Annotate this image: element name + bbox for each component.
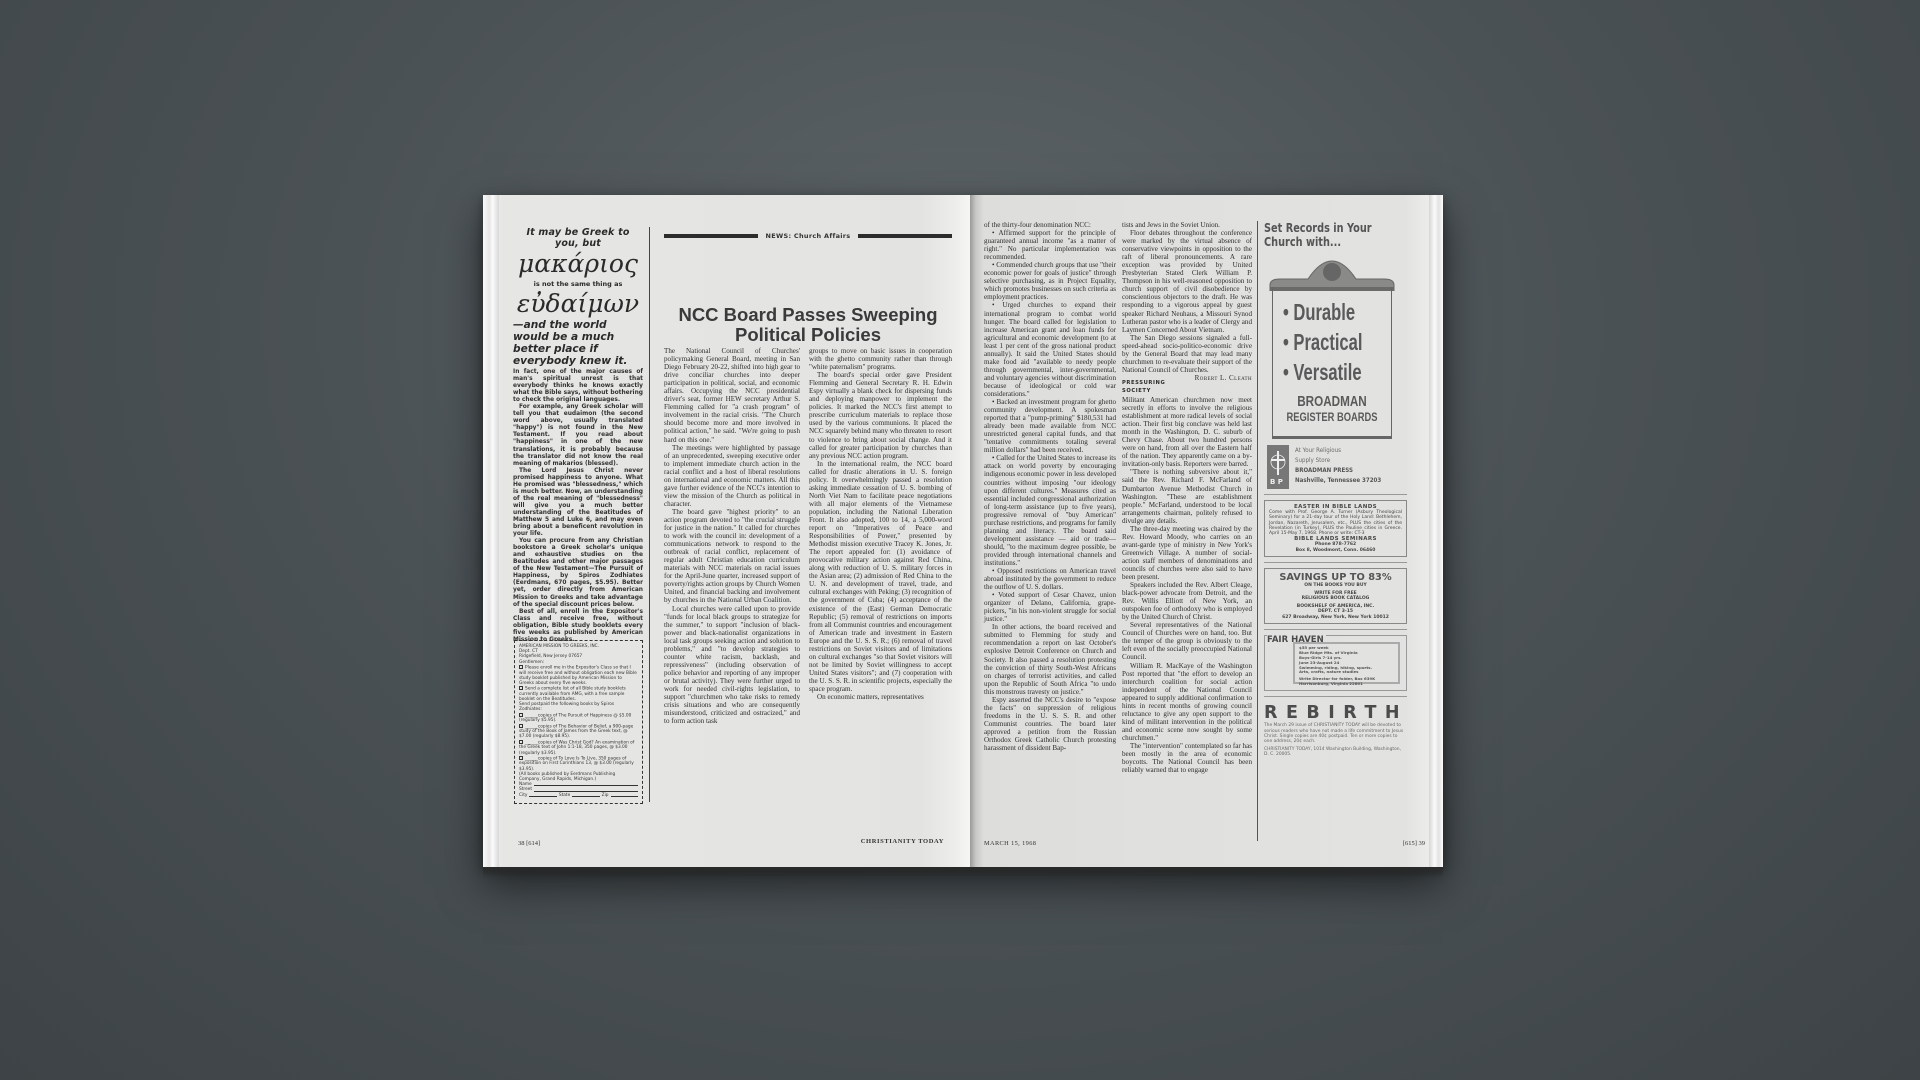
paragraph: Floor debates throughout the conference … <box>1122 229 1252 334</box>
paragraph: In other actions, the board received and… <box>984 623 1116 695</box>
book-text: ______copies of The Behavior of Belief, … <box>519 724 633 739</box>
coupon-books-intro: Send postpaid the following books by Spi… <box>519 702 638 712</box>
press-name: BROADMAN PRESS <box>1295 466 1353 474</box>
board-crest-icon <box>1268 257 1396 291</box>
broadman-press-logo: B P <box>1267 445 1289 489</box>
article-column-3: of the thirty-four denomination NCC: • A… <box>984 221 1116 752</box>
paragraph: "There is nothing subversive about it," … <box>1122 468 1252 524</box>
bullet-paragraph: • Backed an investment program for ghett… <box>984 398 1116 454</box>
field-label: Zip <box>602 793 609 798</box>
paragraph: tists and Jews in the Soviet Union. <box>1122 221 1252 229</box>
broadman-store-info: B P At Your Religious Supply Store BROAD… <box>1267 445 1407 489</box>
ad-rebirth: REBIRTH The March 29 issue of CHRISTIANI… <box>1264 703 1407 757</box>
field-label: City <box>519 793 527 798</box>
paragraph: On economic matters, representatives <box>809 693 952 701</box>
option-text: Please enroll me in the Expositor's Clas… <box>519 665 637 686</box>
greek-word-makarios: μακάριος <box>513 249 643 279</box>
coupon-option-enroll: Please enroll me in the Expositor's Clas… <box>519 665 638 686</box>
byline: Robert L. Cleath <box>1187 374 1252 382</box>
ad-body: Come with Prof. George A. Turner (Asbury… <box>1269 510 1402 536</box>
paragraph: The meetings were highlighted by passage… <box>664 444 800 508</box>
article-column-2: groups to move on basic issues in cooper… <box>809 347 952 701</box>
ad-tagline: It may be Greek to you, but <box>513 227 643 249</box>
ad-sub: ON THE BOOKS YOU BUY <box>1269 583 1402 589</box>
ad-paragraph: For example, any Greek scholar will tell… <box>513 404 643 467</box>
brand-product: REGISTER BOARDS <box>1286 410 1378 424</box>
checkbox-icon <box>519 724 523 728</box>
ad-headline: SAVINGS UP TO 83% <box>1269 572 1402 583</box>
section-label: NEWS: Church Affairs <box>766 232 851 240</box>
coupon-book-1: ______copies of The Pursuit of Happiness… <box>519 713 638 724</box>
page-edge-left <box>483 195 499 867</box>
page-folio-right: [615] 39 <box>1403 840 1425 847</box>
page-edge-right <box>1429 195 1443 867</box>
ad-title: REBIRTH <box>1264 703 1407 723</box>
ad-emphasis: —and the world would be a much better pl… <box>513 319 643 367</box>
press-address: Nashville, Tennessee 37203 <box>1295 476 1381 484</box>
issue-date: MARCH 15, 1968 <box>984 840 1036 847</box>
paragraph: William R. MacKaye of the Washington Pos… <box>1122 662 1252 742</box>
running-footer-title: CHRISTIANITY TODAY <box>861 838 944 845</box>
coupon-city-line: CityStateZip <box>519 793 638 798</box>
divider <box>1264 562 1407 563</box>
divider <box>1264 494 1407 495</box>
column-divider <box>649 227 650 802</box>
rule-bar <box>858 234 952 238</box>
article-column-1: The National Council of Churches' policy… <box>664 347 800 725</box>
store-line: At Your Religious <box>1295 445 1381 455</box>
book-text: ______copies of The Pursuit of Happiness… <box>519 713 631 723</box>
ad-paragraph: You can procure from any Christian books… <box>513 538 643 608</box>
ad-paragraph: The Lord Jesus Christ never promised hap… <box>513 468 643 538</box>
ad-easter-bible-lands: EASTER IN BIBLE LANDS Come with Prof. Ge… <box>1264 500 1407 557</box>
spread-shadow <box>483 867 1443 877</box>
board-panel: • Durable • Practical • Versatile BROADM… <box>1272 287 1392 439</box>
paragraph: The "intervention" contemplated so far h… <box>1122 742 1252 774</box>
magazine-spread: It may be Greek to you, but μακάριος is … <box>483 195 1443 867</box>
feature-text: Practical <box>1293 329 1362 355</box>
ad-title: Church with... <box>1264 235 1376 249</box>
paragraph: The three-day meeting was chaired by the… <box>1122 525 1252 581</box>
paragraph: Several representatives of the National … <box>1122 621 1252 661</box>
bullet-paragraph: • Urged churches to expand their interna… <box>984 301 1116 398</box>
ad-cta: RELIGIOUS BOOK CATALOG <box>1269 596 1402 602</box>
ad-address: Box 8, Woodmont, Conn. 06460 <box>1269 548 1402 554</box>
ad-subline: is not the same thing as <box>513 280 643 288</box>
ad-details: $55 per week Blue Ridge Mts. of Virginia… <box>1293 642 1400 684</box>
checkbox-icon <box>519 756 523 760</box>
divider <box>1264 629 1407 630</box>
ad-broadman: Set Records in Your Church with... • Dur… <box>1264 221 1407 489</box>
paragraph-text: The San Diego sessions signaled a full-s… <box>1122 334 1252 374</box>
ad-address: 627 Broadway, New York, New York 10012 <box>1269 615 1402 621</box>
brand-name: BROADMAN <box>1286 393 1378 410</box>
ad-title: Set Records in Your <box>1264 221 1376 235</box>
ad-paragraph: In fact, one of the major causes of man'… <box>513 369 643 404</box>
checkbox-icon <box>519 665 523 669</box>
article-headline: NCC Board Passes Sweeping Political Poli… <box>664 305 952 345</box>
ad-body: In fact, one of the major causes of man'… <box>513 369 643 644</box>
coupon-book-3: ______copies of Was Christ God? An exami… <box>519 740 638 756</box>
bullet-paragraph: • Opposed restrictions on American trave… <box>984 567 1116 591</box>
paragraph: The San Diego sessions signaled a full-s… <box>1122 334 1252 374</box>
page-folio-left: 38 [614] <box>518 840 540 847</box>
feature-text: Versatile <box>1293 359 1361 385</box>
contact-line: Harrisonburg, Virginia 22801 <box>1299 682 1394 687</box>
ad-fair-haven: FAIR HAVEN $55 per week Blue Ridge Mts. … <box>1264 635 1407 691</box>
book-text: ______copies of To Love Is To Live, 350 … <box>519 756 634 771</box>
greek-word-eudaimon: εὐδαίμων <box>513 289 643 319</box>
svg-text:B P: B P <box>1270 478 1283 486</box>
paragraph: of the thirty-four denomination NCC: <box>984 221 1116 229</box>
detail-line: Arts, crafts, nature studies <box>1299 670 1394 675</box>
paragraph: The board's special order gave President… <box>809 371 952 460</box>
register-board-illustration: • Durable • Practical • Versatile BROADM… <box>1268 257 1396 439</box>
ad-paragraph: Best of all, enroll in the Expositor's C… <box>513 609 643 644</box>
bullet-paragraph: • Voted support of Cesar Chavez, union o… <box>984 591 1116 623</box>
paragraph: Local churches were called upon to provi… <box>664 605 800 726</box>
article-column-4: tists and Jews in the Soviet Union. Floo… <box>1122 221 1252 774</box>
book-text: ______copies of Was Christ God? An exami… <box>519 740 634 755</box>
paragraph: In the international realm, the NCC boar… <box>809 460 952 693</box>
paragraph: groups to move on basic issues in cooper… <box>809 347 952 371</box>
ad-column: Set Records in Your Church with... • Dur… <box>1264 221 1407 757</box>
store-text: At Your Religious Supply Store BROADMAN … <box>1295 445 1381 485</box>
checkbox-icon <box>519 686 523 690</box>
checkbox-icon <box>519 740 523 744</box>
ad-american-mission-to-greeks: It may be Greek to you, but μακάριος is … <box>513 227 643 644</box>
ad-body: The March 29 issue of CHRISTIANITY TODAY… <box>1264 723 1407 744</box>
paragraph: The National Council of Churches' policy… <box>664 347 800 444</box>
order-coupon: AMERICAN MISSION TO GREEKS, INC. Dept. C… <box>514 640 643 804</box>
ad-bookshelf-savings: SAVINGS UP TO 83% ON THE BOOKS YOU BUY W… <box>1264 568 1407 624</box>
ad-address: CHRISTIANITY TODAY, 1014 Washington Buil… <box>1264 747 1407 758</box>
coupon-option-list: Send a complete list of all Bible study … <box>519 686 638 702</box>
column-divider <box>1257 221 1258 841</box>
feature-text: Durable <box>1293 299 1355 325</box>
section-header: NEWS: Church Affairs <box>664 231 952 241</box>
coupon-book-2: ______copies of The Behavior of Belief, … <box>519 724 638 740</box>
feature-item: • Durable <box>1283 297 1361 327</box>
store-line: Supply Store <box>1295 455 1381 465</box>
rule-bar <box>664 234 758 238</box>
coupon-note: (All books published by Eerdmans Publish… <box>519 772 638 782</box>
bullet-paragraph: • Affirmed support for the principle of … <box>984 229 1116 261</box>
paragraph: Militant American churchmen now meet sec… <box>1122 396 1252 468</box>
option-text: Send a complete list of all Bible study … <box>519 687 626 702</box>
bullet-paragraph: • Commended church groups that use "thei… <box>984 261 1116 301</box>
feature-item: • Practical <box>1283 327 1361 357</box>
coupon-book-4: ______copies of To Love Is To Live, 350 … <box>519 756 638 772</box>
left-page: It may be Greek to you, but μακάριος is … <box>483 195 970 867</box>
feature-item: • Versatile <box>1283 357 1361 387</box>
divider <box>1264 696 1407 697</box>
paragraph: Espy asserted the NCC's desire to "expos… <box>984 696 1116 752</box>
paragraph: The board gave "highest priority" to an … <box>664 508 800 605</box>
right-page: of the thirty-four denomination NCC: • A… <box>970 195 1443 867</box>
field-label: State <box>559 793 570 798</box>
paragraph: Speakers included the Rev. Albert Cleage… <box>1122 581 1252 621</box>
bullet-paragraph: • Called for the United States to increa… <box>984 454 1116 567</box>
checkbox-icon <box>519 713 523 717</box>
